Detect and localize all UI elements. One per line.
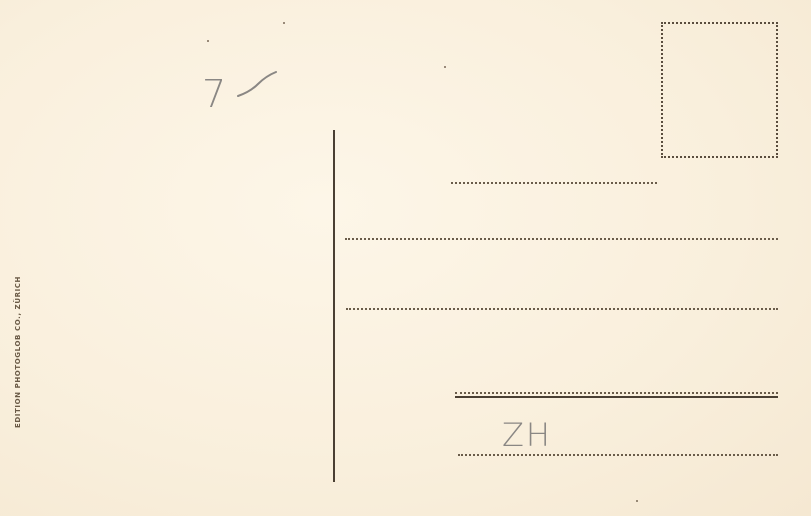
handwritten-number: 7 (202, 72, 226, 116)
address-underline (455, 396, 778, 398)
postcard-back: EDITION PHOTOGLOB CO., ZÜRICH 7 ZH (0, 0, 811, 516)
address-line-5 (458, 454, 778, 456)
publisher-imprint: EDITION PHOTOGLOB CO., ZÜRICH (14, 276, 22, 428)
paper-speck (283, 22, 285, 24)
handwritten-code: ZH (502, 416, 552, 454)
pencil-stroke-icon (236, 70, 278, 100)
address-line-4 (455, 392, 778, 394)
paper-speck (636, 500, 638, 502)
address-line-2 (345, 238, 778, 240)
paper-speck (207, 40, 209, 42)
paper-speck (444, 66, 446, 68)
center-divider (333, 130, 335, 482)
stamp-box (661, 22, 778, 158)
address-line-1 (451, 182, 657, 184)
address-line-3 (346, 308, 778, 310)
